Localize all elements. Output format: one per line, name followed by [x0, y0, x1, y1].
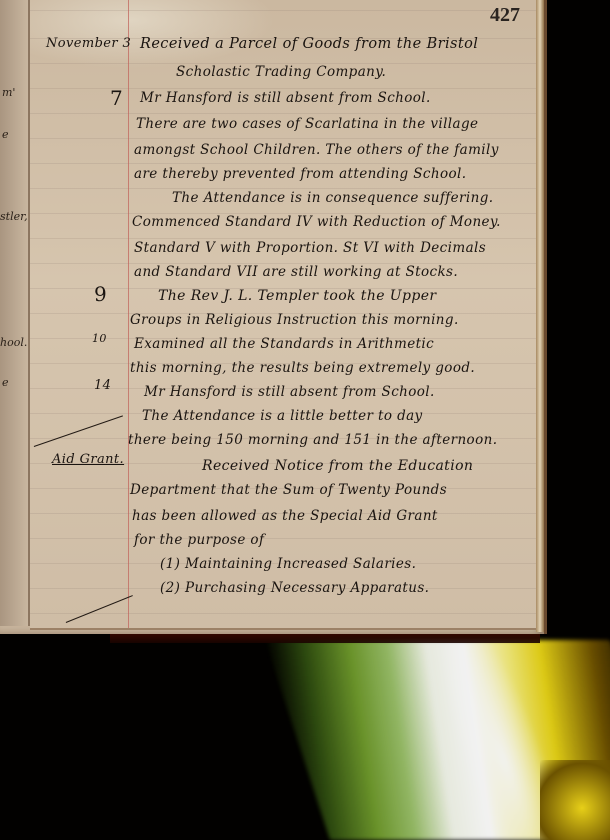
entry-line: There are two cases of Scarlatina in the… [136, 116, 478, 132]
entry-line: Department that the Sum of Twenty Pounds [130, 482, 447, 498]
left-fragment: e [2, 128, 9, 141]
entry-line: Received Notice from the Education [202, 458, 473, 474]
entry-line: Standard V with Proportion. St VI with D… [134, 240, 486, 256]
entry-line: Examined all the Standards in Arithmetic [134, 336, 434, 352]
entry-line: there being 150 morning and 151 in the a… [128, 432, 497, 448]
left-fragment: hool. [0, 336, 27, 349]
entry-line: Commenced Standard IV with Reduction of … [132, 214, 501, 230]
entry-line: has been allowed as the Special Aid Gran… [132, 508, 438, 524]
entry-line: (2) Purchasing Necessary Apparatus. [160, 580, 429, 596]
entry-line: Mr Hansford is still absent from School. [144, 384, 435, 400]
light-flare-corner [540, 760, 610, 840]
left-fragment: stler, [0, 210, 28, 223]
entry-line: Groups in Religious Instruction this mor… [130, 312, 459, 328]
left-page-edge: m' e stler, hool. e [0, 0, 30, 626]
left-fragment: e [2, 376, 9, 389]
entry-line: The Attendance is in consequence sufferi… [172, 190, 493, 206]
log-book: m' e stler, hool. e 427 November 3 Recei… [0, 0, 547, 634]
entry-date: 14 [94, 378, 111, 393]
entry-date: 7 [110, 86, 123, 110]
margin-note-aid-grant: Aid Grant. [52, 452, 124, 467]
entry-date: November 3 [46, 36, 131, 51]
photo-background: m' e stler, hool. e 427 November 3 Recei… [0, 0, 610, 840]
page-number: 427 [490, 4, 520, 27]
entry-line: The Attendance is a little better to day [142, 408, 423, 424]
entry-line: this morning, the results being extremel… [130, 360, 475, 376]
entry-line: for the purpose of [134, 532, 264, 548]
left-fragment: m' [2, 86, 15, 99]
entry-line: The Rev J. L. Templer took the Upper [158, 288, 436, 304]
entry-line: Mr Hansford is still absent from School. [140, 90, 431, 106]
entry-date: 9 [94, 282, 107, 306]
entry-line: Scholastic Trading Company. [176, 64, 386, 80]
margin-rule [128, 0, 129, 628]
book-cover-edge [110, 633, 540, 643]
page-edge [536, 0, 544, 632]
entry-line: Received a Parcel of Goods from the Bris… [140, 36, 478, 52]
entry-line: (1) Maintaining Increased Salaries. [160, 556, 416, 572]
entry-line: are thereby prevented from attending Sch… [134, 166, 466, 182]
entry-date: 10 [92, 332, 107, 345]
entry-line: and Standard VII are still working at St… [134, 264, 458, 280]
entry-line: amongst School Children. The others of t… [134, 142, 499, 158]
